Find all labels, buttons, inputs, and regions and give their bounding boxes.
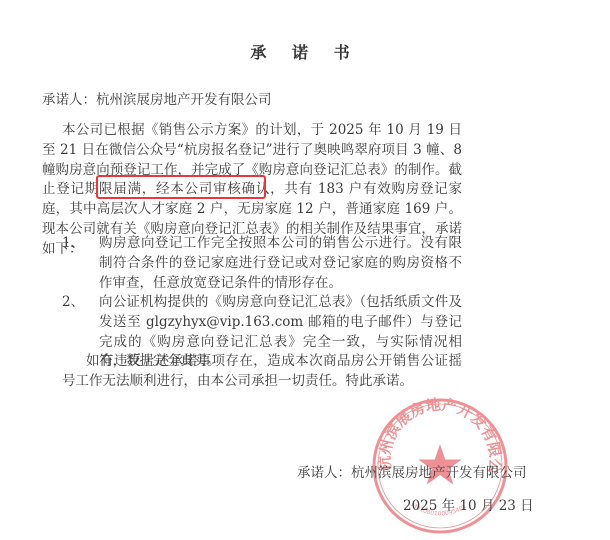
signature-date: 2025 年 10 月 23 日 (403, 494, 534, 514)
promisor-line: 承诺人：杭州滨展房地产开发有限公司 (42, 88, 272, 108)
paragraph-closing: 如有违反上述承诺事项存在，造成本次商品房公开销售公证摇号工作无法顺利进行，由本公… (62, 352, 462, 392)
list-number: 2、 (62, 293, 84, 313)
signature-company: 承诺人：杭州滨展房地产开发有限公司 (297, 461, 527, 481)
list-text: 购房意向登记工作完全按照本公司的销售公示进行。没有限制符合条件的登记家庭进行登记… (99, 234, 462, 293)
list-number: 1、 (62, 234, 84, 254)
highlight-box (96, 175, 266, 199)
page-title: 承 诺 书 (0, 40, 610, 63)
